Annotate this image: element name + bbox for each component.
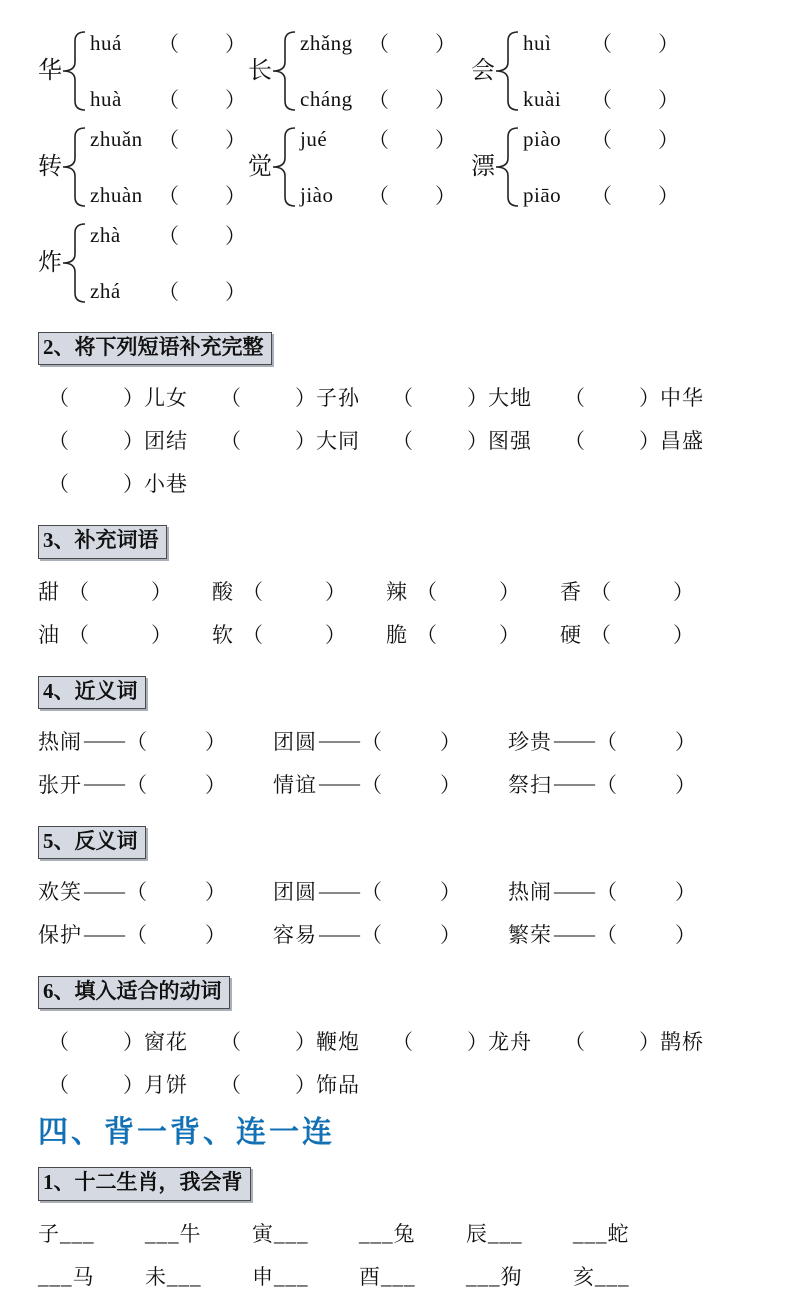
reading-line: zhà （） [90, 222, 246, 248]
phrase-word: 昌盛 [660, 425, 704, 455]
word-completion-item: 脆（） [386, 619, 560, 649]
open-paren: （ [368, 180, 389, 210]
close-paren: ） [435, 84, 456, 114]
antonym-item: 容易——（） [273, 919, 508, 949]
pinyin-reading: huì [523, 31, 591, 56]
pinyin-reading: jué [300, 127, 368, 152]
open-paren: （ [596, 726, 617, 756]
close-paren: ） [440, 769, 461, 799]
close-paren: ） [295, 1069, 316, 1099]
answer-blank[interactable] [241, 1074, 295, 1094]
pinyin-reading: zhá [90, 279, 158, 304]
close-paren: ） [675, 726, 696, 756]
answer-blank[interactable] [389, 129, 435, 149]
answer-blank[interactable] [179, 33, 225, 53]
synonym-item: 情谊——（） [273, 769, 508, 799]
pinyin-reading: huà [90, 87, 158, 112]
answer-blank[interactable] [179, 225, 225, 245]
answer-blank[interactable] [612, 129, 658, 149]
open-paren: （ [392, 425, 413, 455]
polyphonic-character: 长 [248, 59, 272, 83]
dash: —— [319, 879, 359, 904]
polyphonic-entry-zha: 炸 zhà （） zhá （） [38, 222, 248, 304]
open-paren: （ [158, 220, 179, 250]
zodiac-cell[interactable]: ___狗 [466, 1261, 573, 1291]
close-paren: ） [225, 180, 246, 210]
reading-line: huà （） [90, 86, 246, 112]
pinyin-reading: zhuǎn [90, 127, 158, 152]
close-paren: ） [205, 919, 226, 949]
answer-blank[interactable] [147, 774, 205, 794]
dash: —— [554, 771, 594, 796]
pinyin-reading: piāo [523, 183, 591, 208]
open-paren: （ [361, 726, 382, 756]
stem-word: 祭扫 [508, 769, 552, 799]
synonym-item: 张开——（） [38, 769, 273, 799]
close-paren: ） [325, 576, 346, 606]
close-paren: ） [499, 619, 520, 649]
word-completion-item: 甜（） [38, 576, 212, 606]
phrase-row: （）儿女 （）子孙 （）大地 （）中华 [48, 382, 767, 412]
answer-blank[interactable] [69, 473, 123, 493]
close-paren: ） [440, 876, 461, 906]
brace-icon [495, 126, 519, 208]
phrase-word: 团结 [144, 425, 188, 455]
answer-blank[interactable] [382, 881, 440, 901]
close-paren: ） [151, 576, 172, 606]
dash: —— [319, 728, 359, 753]
answer-blank[interactable] [179, 89, 225, 109]
answer-blank[interactable] [179, 185, 225, 205]
polyphonic-entry-hua: 华 huá （） huà （） [38, 30, 248, 112]
open-paren: （ [564, 382, 585, 412]
word-completion-item: 酸（） [212, 576, 386, 606]
section-heading-zodiac: 1、十二生肖，我会背 [38, 1167, 251, 1200]
zodiac-cell[interactable]: ___蛇 [573, 1218, 680, 1248]
close-paren: ） [123, 1069, 144, 1099]
dash: —— [319, 922, 359, 947]
verb-item: （）龙舟 [392, 1026, 564, 1056]
pinyin-reading: kuài [523, 87, 591, 112]
brace-icon [495, 30, 519, 112]
open-paren: （ [368, 84, 389, 114]
open-paren: （ [591, 84, 612, 114]
synonym-item: 团圆——（） [273, 726, 508, 756]
close-paren: ） [123, 468, 144, 498]
open-paren: （ [158, 84, 179, 114]
brace-icon [62, 126, 86, 208]
phrase-word: 儿女 [144, 382, 188, 412]
open-paren: （ [564, 1026, 585, 1056]
verb-row: （）窗花 （）鞭炮 （）龙舟 （）鹊桥 [48, 1026, 767, 1056]
answer-blank[interactable] [617, 924, 675, 944]
worksheet-page: 华 huá （） huà （） 长 [0, 0, 793, 1122]
answer-blank[interactable] [389, 185, 435, 205]
stem-word: 欢笑 [38, 876, 82, 906]
close-paren: ） [151, 619, 172, 649]
close-paren: ） [467, 382, 488, 412]
zodiac-cell[interactable]: ___牛 [145, 1218, 252, 1248]
dash: —— [319, 771, 359, 796]
answer-blank[interactable] [69, 1031, 123, 1051]
close-paren: ） [225, 276, 246, 306]
open-paren: （ [48, 1069, 69, 1099]
zodiac-cell[interactable]: 申___ [252, 1261, 359, 1291]
open-paren: （ [590, 619, 611, 649]
answer-blank[interactable] [263, 581, 325, 601]
phrase-word: 图强 [488, 425, 532, 455]
answer-blank[interactable] [585, 387, 639, 407]
section-heading-4: 4、近义词 [38, 676, 146, 709]
brace-icon [272, 126, 296, 208]
phrase-word: 小巷 [144, 468, 188, 498]
close-paren: ） [639, 425, 660, 455]
answer-blank[interactable] [69, 430, 123, 450]
polyphonic-entry-hui: 会 huì （） kuài （） [471, 30, 679, 112]
section-heading-3: 3、补充词语 [38, 525, 167, 558]
answer-blank[interactable] [263, 624, 325, 644]
stem-word: 团圆 [273, 726, 317, 756]
answer-blank[interactable] [617, 774, 675, 794]
phrase-item: （）中华 [564, 382, 736, 412]
open-paren: （ [126, 919, 147, 949]
pinyin-reading: zhǎng [300, 31, 368, 56]
dash: —— [554, 922, 594, 947]
antonym-item: 繁荣——（） [508, 919, 743, 949]
close-paren: ） [225, 84, 246, 114]
close-paren: ） [658, 84, 679, 114]
polyphonic-character: 转 [38, 155, 62, 179]
answer-blank[interactable] [611, 624, 673, 644]
verb-row: （）月饼 （）饰品 [48, 1069, 767, 1099]
open-paren: （ [242, 576, 263, 606]
reading-line: zhǎng （） [300, 30, 456, 56]
polyphonic-character: 漂 [471, 155, 495, 179]
pinyin-reading: piào [523, 127, 591, 152]
polyphonic-row-2: 转 zhuǎn （） zhuàn （） 觉 [38, 126, 767, 208]
answer-blank[interactable] [585, 430, 639, 450]
stem-word: 香 [560, 576, 582, 606]
phrase-word: 饰品 [316, 1069, 360, 1099]
phrase-word: 子孙 [316, 382, 360, 412]
close-paren: ） [435, 28, 456, 58]
answer-blank[interactable] [437, 624, 499, 644]
reading-line: zhá （） [90, 278, 246, 304]
zodiac-row: 子___ ___牛 寅___ ___兔 辰___ ___蛇 [38, 1218, 767, 1248]
stem-word: 酸 [212, 576, 234, 606]
answer-blank[interactable] [147, 924, 205, 944]
stem-word: 软 [212, 619, 234, 649]
answer-blank[interactable] [179, 281, 225, 301]
phrase-item: （）大同 [220, 425, 392, 455]
zodiac-cell[interactable]: 寅___ [252, 1218, 359, 1248]
phrase-item: （）子孙 [220, 382, 392, 412]
open-paren: （ [361, 919, 382, 949]
open-paren: （ [48, 425, 69, 455]
open-paren: （ [392, 1026, 413, 1056]
section-heading-2: 2、将下列短语补充完整 [38, 332, 272, 365]
pinyin-reading: jiào [300, 183, 368, 208]
brace-icon [272, 30, 296, 112]
answer-blank[interactable] [612, 89, 658, 109]
answer-blank[interactable] [382, 774, 440, 794]
phrase-row: （）团结 （）大同 （）图强 （）昌盛 [48, 425, 767, 455]
open-paren: （ [591, 28, 612, 58]
answer-blank[interactable] [241, 430, 295, 450]
polyphonic-entry-chang: 长 zhǎng （） cháng （） [248, 30, 471, 112]
answer-blank[interactable] [437, 581, 499, 601]
dash: —— [84, 771, 124, 796]
answer-blank[interactable] [69, 387, 123, 407]
open-paren: （ [590, 576, 611, 606]
reading-line: piāo （） [523, 182, 679, 208]
open-paren: （ [48, 1026, 69, 1056]
close-paren: ） [295, 425, 316, 455]
open-paren: （ [220, 1069, 241, 1099]
close-paren: ） [658, 124, 679, 154]
zodiac-cell[interactable]: 子___ [38, 1218, 145, 1248]
polyphonic-row-3: 炸 zhà （） zhá （） [38, 222, 767, 304]
close-paren: ） [639, 1026, 660, 1056]
close-paren: ） [225, 220, 246, 250]
antonym-row: 保护——（） 容易——（） 繁荣——（） [38, 919, 767, 949]
stem-word: 保护 [38, 919, 82, 949]
verb-item: （）鞭炮 [220, 1026, 392, 1056]
answer-blank[interactable] [89, 624, 151, 644]
phrase-item: （）小巷 [48, 468, 220, 498]
dash: —— [554, 728, 594, 753]
reading-line: huì （） [523, 30, 679, 56]
synonym-row: 张开——（） 情谊——（） 祭扫——（） [38, 769, 767, 799]
polyphonic-row-1: 华 huá （） huà （） 长 [38, 30, 767, 112]
antonym-item: 团圆——（） [273, 876, 508, 906]
stem-word: 容易 [273, 919, 317, 949]
zodiac-row: ___马 未___ 申___ 酉___ ___狗 亥___ [38, 1261, 767, 1291]
close-paren: ） [205, 726, 226, 756]
close-paren: ） [225, 28, 246, 58]
antonym-item: 欢笑——（） [38, 876, 273, 906]
open-paren: （ [416, 619, 437, 649]
phrase-word: 窗花 [144, 1026, 188, 1056]
close-paren: ） [639, 382, 660, 412]
open-paren: （ [591, 124, 612, 154]
answer-blank[interactable] [413, 387, 467, 407]
close-paren: ） [435, 124, 456, 154]
synonym-item: 热闹——（） [38, 726, 273, 756]
reading-line: jué （） [300, 126, 456, 152]
phrase-word: 鹊桥 [660, 1026, 704, 1056]
close-paren: ） [205, 769, 226, 799]
polyphonic-section: 华 huá （） huà （） 长 [38, 30, 767, 304]
phrase-item: （）昌盛 [564, 425, 736, 455]
word-completion-item: 硬（） [560, 619, 734, 649]
answer-blank[interactable] [617, 731, 675, 751]
pinyin-reading: huá [90, 31, 158, 56]
close-paren: ） [673, 576, 694, 606]
answer-blank[interactable] [413, 1031, 467, 1051]
stem-word: 团圆 [273, 876, 317, 906]
stem-word: 甜 [38, 576, 60, 606]
dash: —— [84, 728, 124, 753]
open-paren: （ [220, 382, 241, 412]
close-paren: ） [123, 1026, 144, 1056]
word-completion-item: 辣（） [386, 576, 560, 606]
zodiac-cell[interactable]: 未___ [145, 1261, 252, 1291]
stem-word: 脆 [386, 619, 408, 649]
open-paren: （ [564, 425, 585, 455]
open-paren: （ [361, 876, 382, 906]
answer-blank[interactable] [389, 33, 435, 53]
phrase-word: 中华 [660, 382, 704, 412]
answer-blank[interactable] [241, 387, 295, 407]
open-paren: （ [392, 382, 413, 412]
answer-blank[interactable] [147, 731, 205, 751]
verb-item: （）窗花 [48, 1026, 220, 1056]
verb-item: （）饰品 [220, 1069, 392, 1099]
answer-blank[interactable] [389, 89, 435, 109]
answer-blank[interactable] [89, 581, 151, 601]
zodiac-cell[interactable]: 酉___ [359, 1261, 466, 1291]
phrase-word: 月饼 [144, 1069, 188, 1099]
open-paren: （ [68, 619, 89, 649]
answer-blank[interactable] [382, 924, 440, 944]
stem-word: 张开 [38, 769, 82, 799]
synonym-item: 珍贵——（） [508, 726, 743, 756]
open-paren: （ [158, 276, 179, 306]
answer-blank[interactable] [612, 33, 658, 53]
synonym-row: 热闹——（） 团圆——（） 珍贵——（） [38, 726, 767, 756]
open-paren: （ [596, 769, 617, 799]
dash: —— [84, 922, 124, 947]
part-heading: 四、背一背、连一连 [38, 1115, 767, 1151]
close-paren: ） [675, 919, 696, 949]
polyphonic-character: 会 [471, 59, 495, 83]
phrase-word: 鞭炮 [316, 1026, 360, 1056]
stem-word: 情谊 [273, 769, 317, 799]
answer-blank[interactable] [611, 581, 673, 601]
stem-word: 珍贵 [508, 726, 552, 756]
stem-word: 繁荣 [508, 919, 552, 949]
close-paren: ） [225, 124, 246, 154]
reading-line: zhuǎn （） [90, 126, 246, 152]
open-paren: （ [596, 919, 617, 949]
polyphonic-character: 觉 [248, 155, 272, 179]
zodiac-cell[interactable]: 辰___ [466, 1218, 573, 1248]
open-paren: （ [126, 876, 147, 906]
stem-word: 硬 [560, 619, 582, 649]
section-heading-6: 6、填入适合的动词 [38, 976, 230, 1009]
phrase-item: （）儿女 [48, 382, 220, 412]
open-paren: （ [361, 769, 382, 799]
open-paren: （ [220, 425, 241, 455]
close-paren: ） [467, 1026, 488, 1056]
verb-item: （）鹊桥 [564, 1026, 736, 1056]
open-paren: （ [126, 726, 147, 756]
zodiac-cell[interactable]: ___兔 [359, 1218, 466, 1248]
close-paren: ） [675, 769, 696, 799]
open-paren: （ [158, 124, 179, 154]
reading-line: huá （） [90, 30, 246, 56]
zodiac-cell[interactable]: 亥___ [573, 1261, 680, 1291]
close-paren: ） [295, 382, 316, 412]
open-paren: （ [48, 468, 69, 498]
stem-word: 辣 [386, 576, 408, 606]
close-paren: ） [673, 619, 694, 649]
answer-blank[interactable] [147, 881, 205, 901]
answer-blank[interactable] [241, 1031, 295, 1051]
verb-item: （）月饼 [48, 1069, 220, 1099]
close-paren: ） [675, 876, 696, 906]
reading-line: kuài （） [523, 86, 679, 112]
open-paren: （ [596, 876, 617, 906]
answer-blank[interactable] [413, 430, 467, 450]
phrase-item: （）图强 [392, 425, 564, 455]
close-paren: ） [295, 1026, 316, 1056]
antonym-item: 热闹——（） [508, 876, 743, 906]
reading-line: zhuàn （） [90, 182, 246, 208]
antonym-row: 欢笑——（） 团圆——（） 热闹——（） [38, 876, 767, 906]
open-paren: （ [158, 28, 179, 58]
reading-line: cháng （） [300, 86, 456, 112]
close-paren: ） [440, 726, 461, 756]
polyphonic-entry-jue: 觉 jué （） jiào （） [248, 126, 471, 208]
synonym-item: 祭扫——（） [508, 769, 743, 799]
dash: —— [84, 879, 124, 904]
open-paren: （ [158, 180, 179, 210]
close-paren: ） [440, 919, 461, 949]
answer-blank[interactable] [585, 1031, 639, 1051]
open-paren: （ [591, 180, 612, 210]
reading-line: piào （） [523, 126, 679, 152]
polyphonic-entry-zhuan: 转 zhuǎn （） zhuàn （） [38, 126, 248, 208]
word-completion-item: 软（） [212, 619, 386, 649]
open-paren: （ [368, 124, 389, 154]
dash: —— [554, 879, 594, 904]
answer-blank[interactable] [617, 881, 675, 901]
reading-line: jiào （） [300, 182, 456, 208]
antonym-item: 保护——（） [38, 919, 273, 949]
open-paren: （ [126, 769, 147, 799]
stem-word: 油 [38, 619, 60, 649]
zodiac-cell[interactable]: ___马 [38, 1261, 145, 1291]
answer-blank[interactable] [179, 129, 225, 149]
word-completion-item: 香（） [560, 576, 734, 606]
close-paren: ） [658, 28, 679, 58]
close-paren: ） [325, 619, 346, 649]
close-paren: ） [123, 382, 144, 412]
pinyin-reading: zhuàn [90, 183, 158, 208]
close-paren: ） [467, 425, 488, 455]
answer-blank[interactable] [69, 1074, 123, 1094]
open-paren: （ [48, 382, 69, 412]
brace-icon [62, 30, 86, 112]
word-completion-row: 甜（） 酸（） 辣（） 香（） [38, 576, 767, 606]
brace-icon [62, 222, 86, 304]
answer-blank[interactable] [612, 185, 658, 205]
phrase-word: 大地 [488, 382, 532, 412]
word-completion-row: 油（） 软（） 脆（） 硬（） [38, 619, 767, 649]
close-paren: ） [123, 425, 144, 455]
close-paren: ） [499, 576, 520, 606]
polyphonic-character: 华 [38, 59, 62, 83]
phrase-word: 龙舟 [488, 1026, 532, 1056]
phrase-word: 大同 [316, 425, 360, 455]
open-paren: （ [68, 576, 89, 606]
phrase-item: （）大地 [392, 382, 564, 412]
answer-blank[interactable] [382, 731, 440, 751]
pinyin-reading: zhà [90, 223, 158, 248]
stem-word: 热闹 [508, 876, 552, 906]
